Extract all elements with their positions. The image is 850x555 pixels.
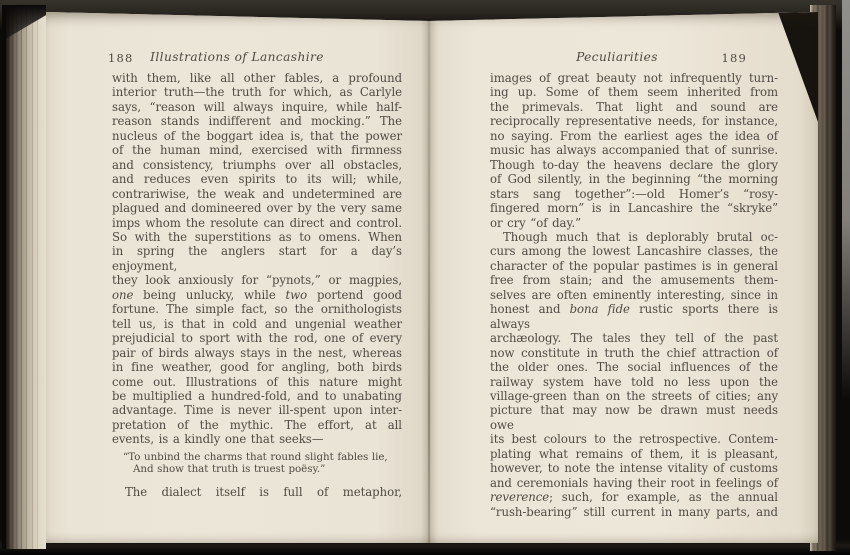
text-line: fortune. The simple fact, so the ornitho… — [112, 302, 402, 316]
verse-quote: “To unbind the charms that round slight … — [123, 452, 391, 476]
text-line: stars sang together”:—old Homer’s “rosy- — [490, 187, 778, 201]
text-line: archæology. The tales they tell of the p… — [490, 331, 778, 345]
text-line: events, is a kindly one that seeks— — [112, 432, 402, 446]
text-line: curs among the lowest Lancashire classes… — [490, 244, 778, 258]
text-line: in spring the anglers start for a day’s … — [112, 244, 402, 273]
text-line: ing up. Some of them seem inherited from — [490, 85, 778, 99]
page-edges-left — [2, 6, 46, 549]
text-line: tell us, is that in cold and ungenial we… — [112, 317, 402, 331]
text-line: reciprocally representative needs, for i… — [490, 114, 778, 128]
text-line: images of great beauty not infrequently … — [490, 71, 778, 85]
text-line: its best colours to the retrospective. C… — [490, 432, 778, 446]
text-line: be multiplied a hundred-fold, and to una… — [112, 389, 402, 403]
text-line: “rush-bearing” still current in many par… — [490, 505, 778, 519]
book-photo: 188 Illustrations of Lancashire Peculiar… — [0, 0, 850, 555]
book-gutter — [421, 12, 437, 543]
text-line: prejudicial to sport with the rod, one o… — [112, 331, 402, 345]
text-line: The dialect itself is full of metaphor, — [112, 485, 402, 499]
text-line: nucleus of the boggart idea is, that the… — [112, 129, 402, 143]
text-line: says, “reason will always inquire, while… — [112, 100, 402, 114]
text-line: imps whom the resolute can direct and co… — [112, 216, 402, 230]
open-book-spread: 188 Illustrations of Lancashire Peculiar… — [46, 12, 818, 543]
text-line: honest and bona fide rustic sports there… — [490, 302, 778, 331]
text-line: now constitute in truth the chief attrac… — [490, 346, 778, 360]
text-line: Though to-day the heavens declare the gl… — [490, 158, 778, 172]
text-line: one being unlucky, while two portend goo… — [112, 288, 402, 302]
text-line: with them, like all other fables, a prof… — [112, 71, 402, 85]
running-title-right: Peculiarities — [490, 50, 744, 64]
text-line: reason stands indifferent and mocking.” … — [112, 114, 402, 128]
page-number-right: 189 — [721, 51, 747, 65]
text-line: the older ones. The social influences of… — [490, 360, 778, 374]
text-line: the primevals. That light and sound are — [490, 100, 778, 114]
text-line: plating what remains of them, it is plea… — [490, 447, 778, 461]
text-line: of the human mind, exercised with firmne… — [112, 143, 402, 157]
running-title-left: Illustrations of Lancashire — [112, 50, 362, 64]
text-line: Though much that is deplorably brutal oc… — [490, 230, 778, 244]
text-line: selves are often eminently interesting, … — [490, 288, 778, 302]
paragraph-continuation-left: The dialect itself is full of metaphor, — [112, 485, 402, 499]
text-line: fingered morn” is in Lancashire the “skr… — [490, 201, 778, 215]
text-line: or cry “of day.” — [490, 216, 778, 230]
text-line: no saying. From the earliest ages the id… — [490, 129, 778, 143]
page-body-right: images of great beauty not infrequently … — [490, 71, 778, 519]
text-line: railway system have told no less upon th… — [490, 375, 778, 389]
text-line: advantage. Time is never ill-spent upon … — [112, 403, 402, 417]
text-line: music has always accompanied that of sun… — [490, 143, 778, 157]
paragraph-lines-right: images of great beauty not infrequently … — [490, 71, 778, 519]
text-line: picture that may now be drawn must needs… — [490, 403, 778, 432]
text-line: village-green than on the streets of cit… — [490, 389, 778, 403]
text-line: of God silently, in the beginning “the m… — [490, 172, 778, 186]
page-body-left: with them, like all other fables, a prof… — [112, 71, 402, 500]
text-line: So with the superstitions as to omens. W… — [112, 230, 402, 244]
paragraph-lines-left: with them, like all other fables, a prof… — [112, 71, 402, 447]
text-line: pair of birds always stays in the nest, … — [112, 346, 402, 360]
text-line: and reduces even spirits to its will; wh… — [112, 172, 402, 186]
running-header-right: Peculiarities 189 — [490, 50, 778, 68]
text-line: plagued and domineered over by the very … — [112, 201, 402, 215]
text-line: pretation of the mythic. The effort, at … — [112, 418, 402, 432]
text-line: And show that truth is truest poësy.” — [123, 464, 391, 476]
text-line: interior truth—the truth for which, as C… — [112, 85, 402, 99]
text-line: in fine weather, good for angling, both … — [112, 360, 402, 374]
text-line: free from stain; and the amusements them… — [490, 273, 778, 287]
text-line: and consistency, triumphs over all obsta… — [112, 158, 402, 172]
text-line: contrariwise, the weak and undetermined … — [112, 187, 402, 201]
text-line: and ceremonials having their root in fee… — [490, 476, 778, 490]
cover-edge-right — [842, 0, 850, 400]
text-line: they look anxiously for “pynots,” or mag… — [112, 273, 402, 287]
text-line: however, to note the intense vitality of… — [490, 461, 778, 475]
text-line: come out. Illustrations of this nature m… — [112, 375, 402, 389]
text-line: reverence; such, for example, as the ann… — [490, 490, 778, 504]
text-line: character of the popular pastimes is in … — [490, 259, 778, 273]
running-header-left: 188 Illustrations of Lancashire — [112, 50, 402, 68]
